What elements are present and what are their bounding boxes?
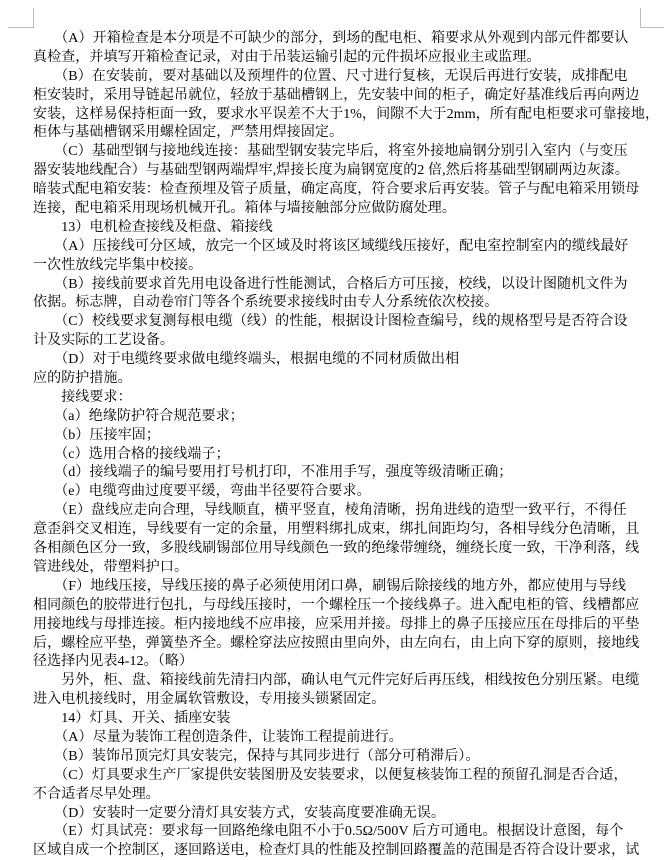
text-line: （F）地线压接，导线压接的鼻子必须使用闭口鼻，刷锡后除接线的地方外，都应使用与导… bbox=[33, 578, 647, 597]
text-line: 区域自成一个控制区，逐回路送电，检查灯具的性能及控制回路覆盖的范围是否符合设计要… bbox=[33, 842, 647, 860]
margin-crop-mark-top-left bbox=[8, 8, 34, 28]
text-line: 接线要求： bbox=[33, 389, 647, 408]
text-line: 柜安装时，采用导链起吊就位，轻放于基础槽钢上，先安装中间的柜子，确定好基准线后再… bbox=[33, 87, 647, 106]
text-line: 意歪斜交叉相连，导线要有一定的余量，用塑料绑扎成束，绑扎间距均匀，各相导线分色清… bbox=[33, 521, 647, 540]
document-page: （A）开箱检查是本分项是不可缺少的部分，到场的配电柜、箱要求从外观到内部元件都要… bbox=[0, 0, 665, 860]
text-line: （E）盘线应走向合理，导线顺直，横平竖直，棱角清晰，拐角进线的造型一致平行，不得… bbox=[33, 502, 647, 521]
text-line: 用接地线与母排连接。柜内接地线不应串接，应采用并接。母排上的鼻子压接应压在母排后… bbox=[33, 616, 647, 635]
text-line: （C）校线要求复测每根电缆（线）的性能，根据设计图检查编号，线的规格型号是否符合… bbox=[33, 313, 647, 332]
text-line: （D）安装时一定要分清灯具安装方式，安装高度要准确无误。 bbox=[33, 805, 647, 824]
text-line: （a）绝缘防护符合规范要求； bbox=[33, 408, 647, 427]
text-line: 安装，这样易保持柜面一致，要求水平误差不大于1%，间隙不大于2mm，所有配电柜要… bbox=[33, 106, 647, 125]
text-line: 柜体与基础槽钢采用螺栓固定，严禁用焊接固定。 bbox=[33, 124, 647, 143]
document-text-block: （A）开箱检查是本分项是不可缺少的部分，到场的配电柜、箱要求从外观到内部元件都要… bbox=[33, 30, 647, 860]
text-line: （D）对于电缆终要求做电缆终端头，根据电缆的不同材质做出相 bbox=[33, 351, 647, 370]
text-line: 连接，配电箱采用现场机械开孔。箱体与墙接触部分应做防腐处理。 bbox=[33, 200, 647, 219]
text-line: （C）灯具要求生产厂家提供安装图册及安装要求，以便复核装饰工程的预留孔洞是否合适… bbox=[33, 767, 647, 786]
text-line: 另外，柜、盘、箱接线前先清扫内部，确认电气元件完好后再压线，相线按色分别压紧。电… bbox=[33, 672, 647, 691]
text-line: 真检查，并填写开箱检查记录，对由于吊装运输引起的元件损坏应报业主或监理。 bbox=[33, 49, 647, 68]
text-line: 管进线处，带塑料护口。 bbox=[33, 559, 647, 578]
text-line: （B）接线前要求首先用电设备进行性能测试，合格后方可压接，校线，以设计图随机文件… bbox=[33, 276, 647, 295]
text-line: （B）在安装前，要对基础以及预埋件的位置、尺寸进行复核，无误后再进行安装，成排配… bbox=[33, 68, 647, 87]
text-line: （B）装饰吊顶完灯具安装完，保持与其同步进行（部分可稍滞后）。 bbox=[33, 748, 647, 767]
text-line: 各相颜色区分一致，多股线刷锡部位用导线颜色一致的绝缘带缠绕，缠绕长度一致，干净利… bbox=[33, 540, 647, 559]
text-line: 计及实际的工艺设备。 bbox=[33, 332, 647, 351]
text-line: 进入电机接线时，用金属软管敷设，专用接头锁紧固定。 bbox=[33, 691, 647, 710]
text-line: 一次性放线完毕集中校接。 bbox=[33, 257, 647, 276]
text-line: （E）灯具试亮：要求每一回路绝缘电阻不小于0.5Ω/500V 后方可通电。根据设… bbox=[33, 823, 647, 842]
text-line: （b）压接牢固； bbox=[33, 427, 647, 446]
text-line: （A）压接线可分区域，放完一个区域及时将该区域缆线压接好，配电室控制室内的缆线最… bbox=[33, 238, 647, 257]
text-line: （e）电缆弯曲过度要平缓，弯曲半径要符合要求。 bbox=[33, 483, 647, 502]
text-line: 后，螺栓应平垫，弹簧垫齐全。螺栓穿法应按照由里向外，由左向右，由上向下穿的原则，… bbox=[33, 635, 647, 654]
text-line: 13）电机检查接线及柜盘、箱接线 bbox=[33, 219, 647, 238]
text-line: 应的防护措施。 bbox=[33, 370, 647, 389]
text-line: （A）尽量为装饰工程创造条件，让装饰工程提前进行。 bbox=[33, 729, 647, 748]
text-line: （c）选用合格的接线端子； bbox=[33, 446, 647, 465]
margin-crop-mark-top-right bbox=[640, 8, 664, 28]
text-line: 器安装地线配合）与基础型钢两端焊牢,焊接长度为扁钢宽度的2 倍,然后将基础型钢刷… bbox=[33, 162, 647, 181]
text-line: 依据。标志牌，自动卷帘门等各个系统要求接线时由专人分系统依次校接。 bbox=[33, 294, 647, 313]
text-line: 不合适者尽早处理。 bbox=[33, 786, 647, 805]
text-line: 相同颜色的胶带进行包扎，与母线压接时，一个螺栓压一个接线鼻子。进入配电柜的管、线… bbox=[33, 597, 647, 616]
text-line: （A）开箱检查是本分项是不可缺少的部分，到场的配电柜、箱要求从外观到内部元件都要… bbox=[33, 30, 647, 49]
text-line: 14）灯具、开关、插座安装 bbox=[33, 710, 647, 729]
text-line: 径选择内见表4-12。（略） bbox=[33, 653, 647, 672]
text-line: 暗装式配电箱安装：检查预埋及管子质量，确定高度，符合要求后再安装。管子与配电箱采… bbox=[33, 181, 647, 200]
text-line: （C）基础型钢与接地线连接：基础型钢安装完毕后，将室外接地扁钢分别引入室内（与变… bbox=[33, 143, 647, 162]
text-line: （d）接线端子的编号要用打号机打印，不准用手写，强度等级清晰正确； bbox=[33, 464, 647, 483]
